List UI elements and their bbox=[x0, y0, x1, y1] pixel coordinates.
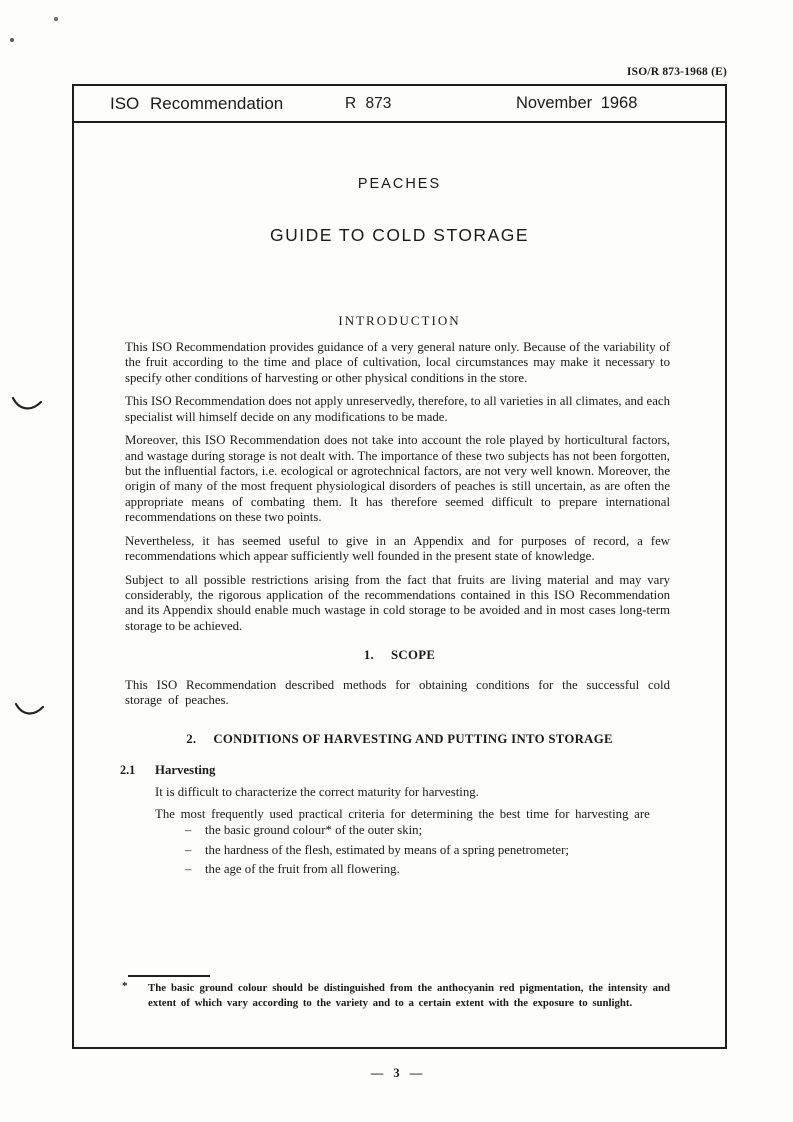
handwritten-tick-mark bbox=[11, 394, 43, 414]
list-dash: – bbox=[185, 843, 205, 858]
footnote-rule bbox=[128, 975, 210, 977]
main-title: GUIDE TO COLD STORAGE bbox=[74, 225, 725, 246]
section-title: CONDITIONS OF HARVESTING AND PUTTING INT… bbox=[213, 732, 612, 746]
footnote-marker: * bbox=[122, 980, 128, 992]
introduction-body: This ISO Recommendation provides guidanc… bbox=[125, 340, 670, 643]
footnote-text: The basic ground colour should be distin… bbox=[148, 981, 670, 1010]
list-dash: – bbox=[185, 823, 205, 838]
handwritten-tick-mark bbox=[14, 700, 46, 720]
intro-paragraph: This ISO Recommendation provides guidanc… bbox=[125, 340, 670, 386]
intro-paragraph: This ISO Recommendation does not apply u… bbox=[125, 394, 670, 425]
intro-paragraph: Nevertheless, it has seemed useful to gi… bbox=[125, 534, 670, 565]
section-title: SCOPE bbox=[391, 648, 435, 662]
subject-title: PEACHES bbox=[74, 176, 725, 192]
publication-date: November 1968 bbox=[516, 94, 637, 113]
intro-paragraph: Moreover, this ISO Recommendation does n… bbox=[125, 433, 670, 525]
list-item-text: the hardness of the flesh, estimated by … bbox=[205, 843, 569, 857]
page-number: — 3 — bbox=[0, 1066, 793, 1081]
document-border-frame: ISO Recommendation R 873 November 1968 P… bbox=[72, 84, 727, 1049]
document-reference: ISO/R 873-1968 (E) bbox=[627, 66, 727, 78]
criteria-list-item: –the basic ground colour* of the outer s… bbox=[185, 823, 422, 838]
harvesting-paragraph: It is difficult to characterize the corr… bbox=[155, 785, 479, 800]
section-number: 1. bbox=[364, 648, 374, 662]
section-2-heading: 2.CONDITIONS OF HARVESTING AND PUTTING I… bbox=[74, 732, 725, 747]
document-page: ISO/R 873-1968 (E) ISO Recommendation R … bbox=[0, 0, 793, 1122]
intro-paragraph: Subject to all possible restrictions ari… bbox=[125, 573, 670, 634]
section-number: 2. bbox=[186, 732, 196, 746]
subsection-title: Harvesting bbox=[155, 763, 215, 778]
criteria-list-item: –the hardness of the flesh, estimated by… bbox=[185, 843, 569, 858]
list-item-text: the age of the fruit from all flowering. bbox=[205, 862, 400, 876]
list-item-text: the basic ground colour* of the outer sk… bbox=[205, 823, 422, 837]
scan-speck bbox=[54, 17, 58, 21]
criteria-list-item: –the age of the fruit from all flowering… bbox=[185, 862, 400, 877]
scope-paragraph: This ISO Recommendation described method… bbox=[125, 678, 670, 709]
subsection-number: 2.1 bbox=[120, 763, 135, 778]
introduction-heading: INTRODUCTION bbox=[74, 313, 725, 329]
list-dash: – bbox=[185, 862, 205, 877]
section-1-heading: 1.SCOPE bbox=[74, 648, 725, 663]
issuing-org-label: ISO Recommendation bbox=[110, 94, 283, 114]
scan-speck bbox=[10, 38, 14, 42]
harvesting-paragraph: The most frequently used practical crite… bbox=[155, 807, 672, 822]
title-block: ISO Recommendation R 873 November 1968 bbox=[74, 86, 725, 123]
recommendation-number: R 873 bbox=[345, 95, 391, 113]
